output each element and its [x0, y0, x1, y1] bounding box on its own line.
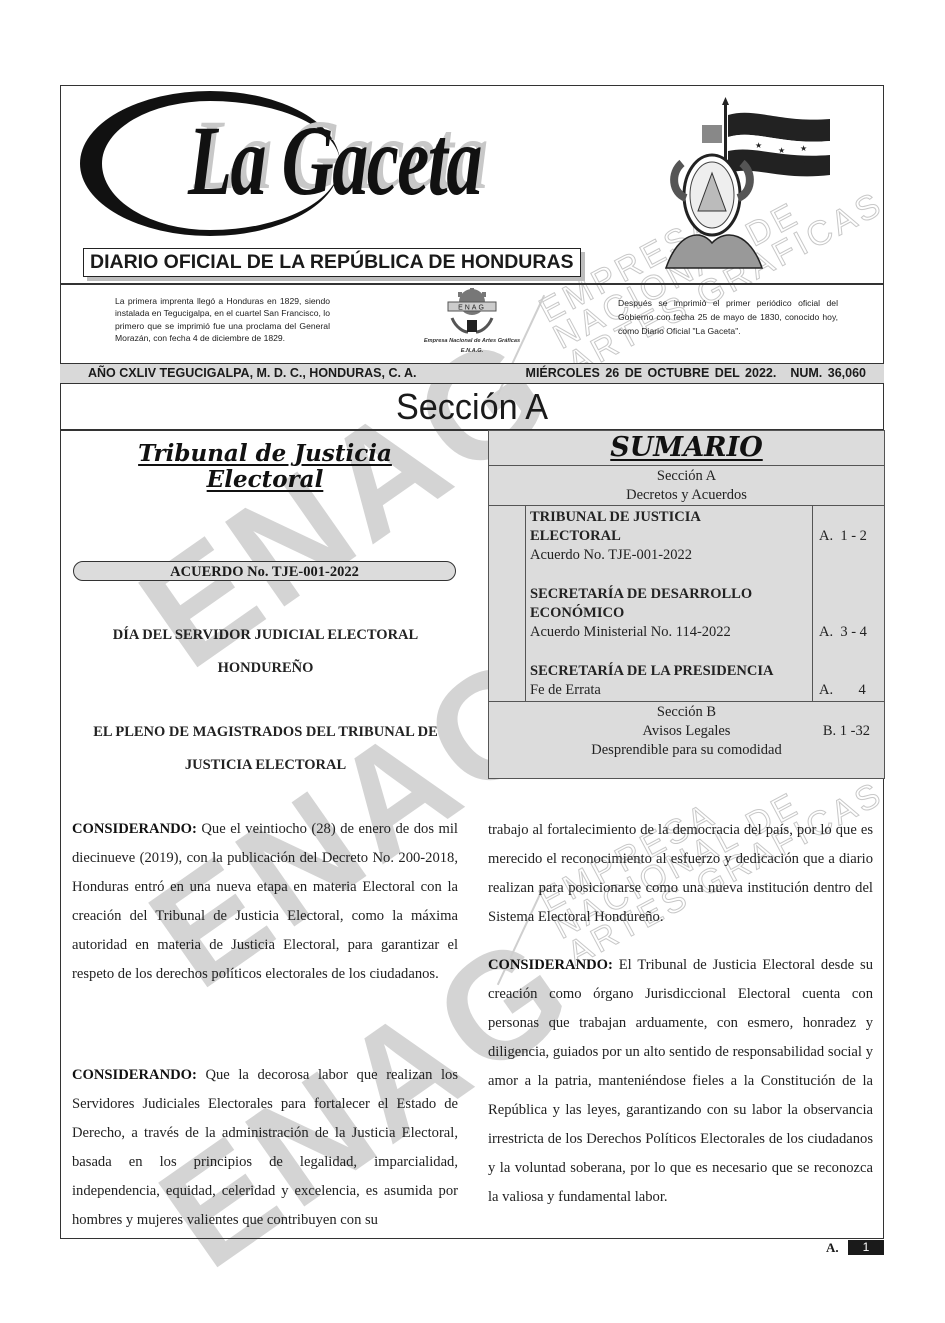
- continuation-paragraph: trabajo al fortalecimiento de la democra…: [488, 816, 873, 932]
- entry-title: TRIBUNAL DE JUSTICIA: [530, 508, 815, 527]
- enag-logo: ENAG Empresa Nacional de Artes Gráficas …: [402, 288, 542, 360]
- paragraph-lead: CONSIDERANDO:: [72, 821, 197, 837]
- section-a-description: Decretos y Acuerdos: [489, 486, 884, 505]
- newspaper-logo: La Gaceta: [188, 103, 481, 218]
- entry-subtitle: Fe de Errata: [530, 681, 815, 700]
- history-note-left: La primera imprenta llegó a Honduras en …: [115, 295, 330, 344]
- institution-title: Tribunal de Justicia Electoral: [75, 441, 455, 493]
- institution-title-line2: Electoral: [207, 466, 324, 493]
- heading-pleno: EL PLENO DE MAGISTRADOS DEL TRIBUNAL DE: [63, 724, 468, 741]
- entry-subtitle: Acuerdo Ministerial No. 114-2022: [530, 623, 815, 642]
- sumario-entry[interactable]: SECRETARÍA DE DESARROLLO ECONÓMICO Acuer…: [530, 585, 815, 643]
- masthead-divider: [60, 283, 884, 285]
- newspaper-subtitle: DIARIO OFICIAL DE LA REPÚBLICA DE HONDUR…: [83, 248, 581, 277]
- entry-pages: A. 3 - 4: [819, 623, 867, 642]
- issue-number: NUM. 36,060: [790, 366, 866, 380]
- section-b-pages: B. 1 -32: [823, 722, 870, 741]
- entry-title: ELECTORAL: [530, 527, 815, 546]
- entry-title: SECRETARÍA DE DESARROLLO: [530, 585, 815, 604]
- page-section-letter: A.: [826, 1240, 839, 1256]
- date-bar: AÑO CXLIV TEGUCIGALPA, M. D. C., HONDURA…: [60, 363, 884, 384]
- entry-title: SECRETARÍA DE LA PRESIDENCIA: [530, 662, 815, 681]
- entry-title: ECONÓMICO: [530, 604, 815, 623]
- issue-date-number: MIÉRCOLES 26 DE OCTUBRE DEL 2022.NUM. 36…: [526, 366, 866, 380]
- issue-date: MIÉRCOLES 26 DE OCTUBRE DEL 2022.: [526, 366, 777, 380]
- sumario-title: SUMARIO: [610, 432, 762, 463]
- section-b-note: Desprendible para su comodidad: [489, 741, 884, 760]
- sumario-page-column: A. 1 - 2 A. 3 - 4 A. 4: [813, 506, 883, 701]
- sumario-header: SUMARIO: [489, 431, 884, 466]
- svg-text:★: ★: [800, 144, 807, 153]
- sumario-entry[interactable]: SECRETARÍA DE LA PRESIDENCIA Fe de Errat…: [530, 662, 815, 700]
- svg-text:★: ★: [800, 156, 807, 165]
- sumario-section-a: Sección A Decretos y Acuerdos: [489, 466, 884, 506]
- entry-pages: A. 1 - 2: [819, 527, 867, 546]
- heading-hondureno: HONDUREÑO: [63, 660, 468, 677]
- masthead: La Gaceta DIARIO OFICIAL DE LA REPÚBLICA…: [60, 85, 884, 283]
- enag-name: Empresa Nacional de Artes Gráficas: [402, 338, 542, 344]
- svg-text:★: ★: [755, 141, 762, 150]
- sumario-section-b[interactable]: Sección B Avisos Legales Desprendible pa…: [489, 702, 884, 761]
- paragraph-lead: CONSIDERANDO:: [488, 957, 613, 973]
- history-note-right: Después se imprimió el primer periódico …: [618, 296, 838, 338]
- considerando-paragraph-1: CONSIDERANDO: Que el veintiocho (28) de …: [72, 815, 458, 989]
- coat-of-arms-flag-icon: ★ ★ ★ ★ ★: [660, 93, 840, 278]
- entry-subtitle: Acuerdo No. TJE-001-2022: [530, 546, 815, 565]
- section-a-label: Sección A: [489, 467, 884, 486]
- sumario-entry[interactable]: TRIBUNAL DE JUSTICIA ELECTORAL Acuerdo N…: [530, 508, 815, 566]
- entry-pages: A. 4: [819, 681, 866, 700]
- considerando-paragraph-3: CONSIDERANDO: El Tribunal de Justicia El…: [488, 951, 873, 1212]
- heading-justicia-electoral: JUSTICIA ELECTORAL: [63, 757, 468, 774]
- enag-badge-text: ENAG: [458, 305, 486, 312]
- institution-title-line1: Tribunal de Justicia: [138, 440, 392, 467]
- acuerdo-number-banner: ACUERDO No. TJE-001-2022: [73, 561, 456, 581]
- sumario-entries: TRIBUNAL DE JUSTICIA ELECTORAL Acuerdo N…: [489, 506, 884, 702]
- gear-icon: ENAG: [442, 288, 502, 336]
- paragraph-text: Que el veintiocho (28) de enero de dos m…: [72, 821, 458, 982]
- heading-dia-servidor: DÍA DEL SERVIDOR JUDICIAL ELECTORAL: [63, 627, 468, 644]
- svg-text:★: ★: [755, 150, 762, 159]
- considerando-paragraph-2: CONSIDERANDO: Que la decorosa labor que …: [72, 1061, 458, 1235]
- paragraph-text: El Tribunal de Justicia Electoral desde …: [488, 957, 873, 1205]
- page-number: 1: [848, 1240, 884, 1255]
- paragraph-text: trabajo al fortalecimiento de la democra…: [488, 822, 873, 925]
- year-location: AÑO CXLIV TEGUCIGALPA, M. D. C., HONDURA…: [88, 366, 416, 380]
- svg-text:★: ★: [778, 146, 785, 155]
- sumario-margin-column: [489, 506, 526, 701]
- enag-abbr: E.N.A.G.: [402, 348, 542, 354]
- paragraph-lead: CONSIDERANDO:: [72, 1067, 197, 1083]
- section-b-label: Sección B: [489, 703, 884, 722]
- sumario-box: SUMARIO Sección A Decretos y Acuerdos TR…: [488, 430, 885, 779]
- paragraph-text: Que la decorosa labor que realizan los S…: [72, 1067, 458, 1228]
- section-title: Sección A: [81, 384, 864, 429]
- sumario-title-column: TRIBUNAL DE JUSTICIA ELECTORAL Acuerdo N…: [525, 506, 813, 701]
